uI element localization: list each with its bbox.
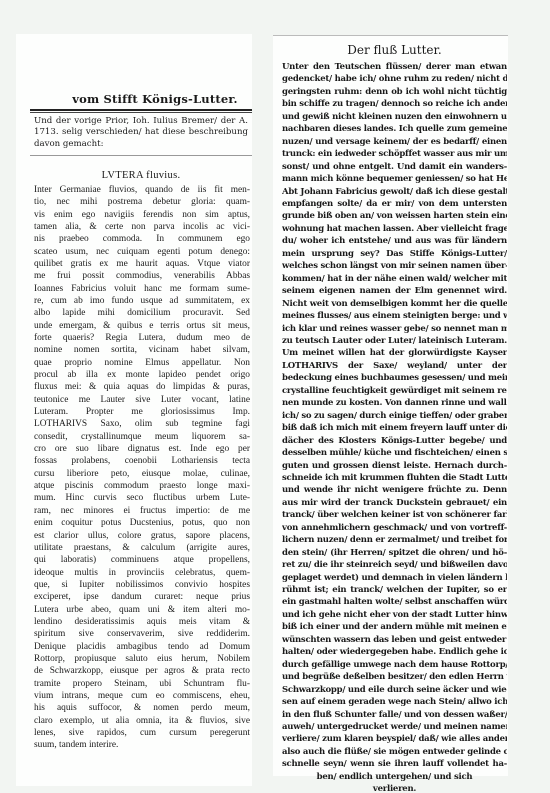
- text-line: in den fluß Schunter falle/ und von dess…: [282, 709, 507, 721]
- text-line: vium intrans, meque cum eo commiscens, e…: [34, 690, 250, 702]
- text-line: cro ore suo libare dignatus est. Inde eg…: [34, 443, 250, 455]
- text-line: Unter den Teutschen flüssen/ derer man e…: [282, 61, 507, 73]
- text-line: sonst/ und ohne entgelt. Und damit ein w…: [282, 161, 507, 173]
- text-line: wohnung hat machen lassen. Aber vielleic…: [282, 223, 507, 235]
- text-line: quilibet gratis ex me haurit aquas. Vtqu…: [34, 258, 250, 270]
- text-line: Schwarzkopp/ und eile durch seine äcker …: [282, 684, 507, 696]
- text-line: procul ab illa ex monte lapideo pendet o…: [34, 369, 250, 381]
- text-line: geringsten ruhm: denn ob ich wohl nicht …: [282, 86, 507, 98]
- text-line: crystalline feuchtigkeit gewürdiget mit …: [282, 385, 507, 397]
- text-line: consedit, crystallinumque meum liquorem …: [34, 431, 250, 443]
- text-line: cursu liberiore peto, eiusque molae, cul…: [34, 468, 250, 480]
- left-heading: vom Stifft Königs-Lutter.: [30, 92, 252, 106]
- text-line: biß daß ich mich mit einem freyern lauff…: [282, 422, 507, 434]
- text-line: nuzen/ und versage keinem/ der es bedarf…: [282, 136, 507, 148]
- text-line: grunde biß oben an/ von weissen harten s…: [282, 210, 507, 222]
- text-line: verlieren.: [282, 783, 507, 793]
- text-line: also auch die flüße/ sie mögen entweder …: [282, 746, 507, 758]
- text-line: enim coquitur potus Ducstenius, potus, q…: [34, 517, 250, 529]
- text-line: schneide ich mit krummen fluhten die Sta…: [282, 472, 507, 484]
- german-column: Der fluß Lutter. Unter den Teutschen flü…: [282, 40, 507, 793]
- text-line: Ioannes Fabricius voluit hanc me formam …: [34, 283, 250, 295]
- text-line: Nicht weit von demselbigen kommt her die…: [282, 298, 507, 310]
- text-line: Abt Johann Fabricius gewolt/ daß ich die…: [282, 186, 507, 198]
- text-line: claro exemplo, ut alia omnia, ita & fluv…: [34, 715, 250, 727]
- text-line: meines flusses/ aus einem steinigten ber…: [282, 310, 507, 322]
- text-line: qui laboratis) comminuens atque propelle…: [34, 554, 250, 566]
- text-line: von annehmlichern geschmack/ und von vor…: [282, 522, 507, 534]
- text-line: bedeckung eines buchbaumes gesessen/ und…: [282, 372, 507, 384]
- text-line: gedencket/ habe ich/ ohne ruhm zu reden/…: [282, 73, 507, 85]
- text-line: ben/ endlich untergehen/ und sich: [282, 771, 507, 783]
- text-line: seinem eigenen namen der Elm genennet wi…: [282, 285, 507, 297]
- text-line: trunck: ein iedweder schöpffet wasser au…: [282, 148, 507, 160]
- text-line: ret zu/ die ihr steinreich seyd/ und biß…: [282, 559, 507, 571]
- text-line: nis praebeo commoda. In communem ego: [34, 233, 250, 245]
- text-line: zu teutsch Lauter oder Luter/ lateinisch…: [282, 335, 507, 347]
- text-line: bin schiffe zu tragen/ dennoch so reiche…: [282, 98, 507, 110]
- text-line: LOTHARIVS Saxo, olim sub tegmine fagi: [34, 418, 250, 430]
- text-line: lendino desideratissimis aquis meis vita…: [34, 616, 250, 628]
- text-line: schnelle seyn/ wenn sie ihren lauff voll…: [282, 758, 507, 770]
- text-line: vis enim ego navigiis ferendis non sim a…: [34, 209, 250, 221]
- text-line: mum. Hinc curvis seco fluctibus urbem Lu…: [34, 492, 250, 504]
- heading-rule: [30, 109, 252, 113]
- text-line: forte quaeris? Regia Lutera, dudum meo d…: [34, 332, 250, 344]
- text-line: ideoque multis in provinciis celebratus,…: [34, 567, 250, 579]
- text-line: mann mich könne bequemer geniessen/ so h…: [282, 173, 507, 185]
- text-line: Inter Germaniae fluvios, quando de iis f…: [34, 184, 250, 196]
- text-line: utilitate praestans, & calculum (arrigit…: [34, 542, 250, 554]
- text-line: du/ woher ich entstehe/ und aus was für …: [282, 235, 507, 247]
- text-line: welches schon längst von mir seinen name…: [282, 260, 507, 272]
- text-line: dächer des Klosters Königs-Lutter begebe…: [282, 435, 507, 447]
- text-line: wünschten wassern das leben und geist en…: [282, 634, 507, 646]
- intro-paragraph: Und der vorige Prior, Ioh. Iulius Bremer…: [30, 115, 252, 156]
- text-line: halten/ oder wiedergegeben habe. Endlich…: [282, 646, 507, 658]
- text-line: Denique placidis ambagibus tendo ad Domu…: [34, 641, 250, 653]
- text-line: Um meinet willen hat der glorwürdigste K…: [282, 347, 507, 359]
- text-line: und begrüße deßelben besitzer/ den edlen…: [282, 671, 507, 683]
- text-line: his aquis suffocor, & nomen perdo meum,: [34, 702, 250, 714]
- text-line: und ich gehe nicht eher von der stadt Lu…: [282, 609, 507, 621]
- text-line: tio, nec mihi postrema debetur gloria: q…: [34, 196, 250, 208]
- text-line: teutonice me Lauter sive Luter vocant, l…: [34, 394, 250, 406]
- text-line: sen auf einem geraden wege nach Stein/ a…: [282, 696, 507, 708]
- text-line: LOTHARIVS der Saxe/ weyland/ unter der: [282, 360, 507, 372]
- text-line: re, cum ab imo fundo usque ad summitatem…: [34, 295, 250, 307]
- text-line: und gewiß nicht kleinen nuzen den einwoh…: [282, 111, 507, 123]
- latin-text: Inter Germaniae fluvios, quando de iis f…: [30, 184, 252, 752]
- text-line: spiritum sive conservaverim, sive reddid…: [34, 628, 250, 640]
- text-line: nen munde zu kosten. Von dannen rinne un…: [282, 397, 507, 409]
- text-line: fossas prolabens, coenobii Lothariensis …: [34, 455, 250, 467]
- text-line: unde emergam, & quibus e terris ortus si…: [34, 320, 250, 332]
- text-line: ich klar und reines wasser gebe/ so nenn…: [282, 323, 507, 335]
- text-line: lichern nuzen/ denn er zermalmet/ und tr…: [282, 534, 507, 546]
- text-line: scateo usum, nec cuiquam egenti potum de…: [34, 246, 250, 258]
- latin-column: vom Stifft Königs-Lutter. Und der vorige…: [30, 92, 252, 752]
- text-line: biß ich einer und der andern mühle mit m…: [282, 621, 507, 633]
- text-line: albo lapide mihi domicilium procuravit. …: [34, 307, 250, 319]
- text-line: Rottorp, propiusque saluto eius herum, N…: [34, 653, 250, 665]
- text-line: suum, tandem interire.: [34, 739, 250, 751]
- text-line: rühmt ist; ein tranck/ welchen der Iupit…: [282, 584, 507, 596]
- text-line: est clarior ullus, colore gratus, sapore…: [34, 530, 250, 542]
- latin-title: LVTERA fluvius.: [30, 170, 252, 181]
- text-line: lenes, sive rapidos, cum cursum peregeru…: [34, 727, 250, 739]
- text-line: Luteram. Propter me gloriosissimus Imp.: [34, 406, 250, 418]
- text-line: me frui possit commodius, venerabilis Ab…: [34, 270, 250, 282]
- text-line: atque piscinis commodum praesto longe ma…: [34, 480, 250, 492]
- text-line: fluxus mei: & quia aquas do limpidas & p…: [34, 381, 250, 393]
- text-line: geplaget werdet) und demnach in vielen l…: [282, 572, 507, 584]
- text-line: auweh/ untergedrucket werde/ und meinen …: [282, 721, 507, 733]
- text-line: guten und grossen dienst leiste. Hernach…: [282, 460, 507, 472]
- text-line: Lutera urbe abeo, quam uni & item alteri…: [34, 604, 250, 616]
- text-line: quae proprio nomine Elmus appellatur. No…: [34, 357, 250, 369]
- text-line: mein ursprung sey? Das Stiffe Königs-Lut…: [282, 248, 507, 260]
- text-line: verliere/ zum klaren beyspiel/ daß/ wie …: [282, 733, 507, 745]
- text-line: aus mir wird der tranck Duckstein gebrau…: [282, 497, 507, 509]
- text-line: tramite propero Steinam, ubi Schuntram f…: [34, 678, 250, 690]
- text-line: durch gefällige umwege nach dem hause Ro…: [282, 659, 507, 671]
- text-line: de Schwarzkopp, eiusque per agros & prat…: [34, 665, 250, 677]
- text-line: empfangen solte/ da er mir/ von dem unte…: [282, 198, 507, 210]
- text-line: ein gastmahl halten wolte/ selbst anscha…: [282, 596, 507, 608]
- text-line: exciperet, ipse dandum curaret: neque pr…: [34, 591, 250, 603]
- text-line: kommen/ hat in der nähe einen wald/ welc…: [282, 273, 507, 285]
- text-line: ich/ so zu sagen/ durch einige tieffen/ …: [282, 410, 507, 422]
- text-line: nomine nomen sortita, vicinam habet silv…: [34, 344, 250, 356]
- text-line: desselben mühle/ küche und fischteichen/…: [282, 447, 507, 459]
- text-line: den stein/ (ihr Herren/ spitzet die ohre…: [282, 547, 507, 559]
- right-title: Der fluß Lutter.: [282, 43, 507, 57]
- text-line: ram, nec minores ei fructus impertio: de…: [34, 505, 250, 517]
- text-line: tranck/ über welchen keiner ist von schö…: [282, 509, 507, 521]
- text-line: que, si Iupiter nobilissimos convivio ho…: [34, 579, 250, 591]
- german-text: Unter den Teutschen flüssen/ derer man e…: [282, 61, 507, 793]
- text-line: tamen alia, & certe non parva incolis ac…: [34, 221, 250, 233]
- text-line: nachbaren dieses landes. Ich quelle zum …: [282, 123, 507, 135]
- text-line: und wende ihr nicht wenigere früchte zu.…: [282, 484, 507, 496]
